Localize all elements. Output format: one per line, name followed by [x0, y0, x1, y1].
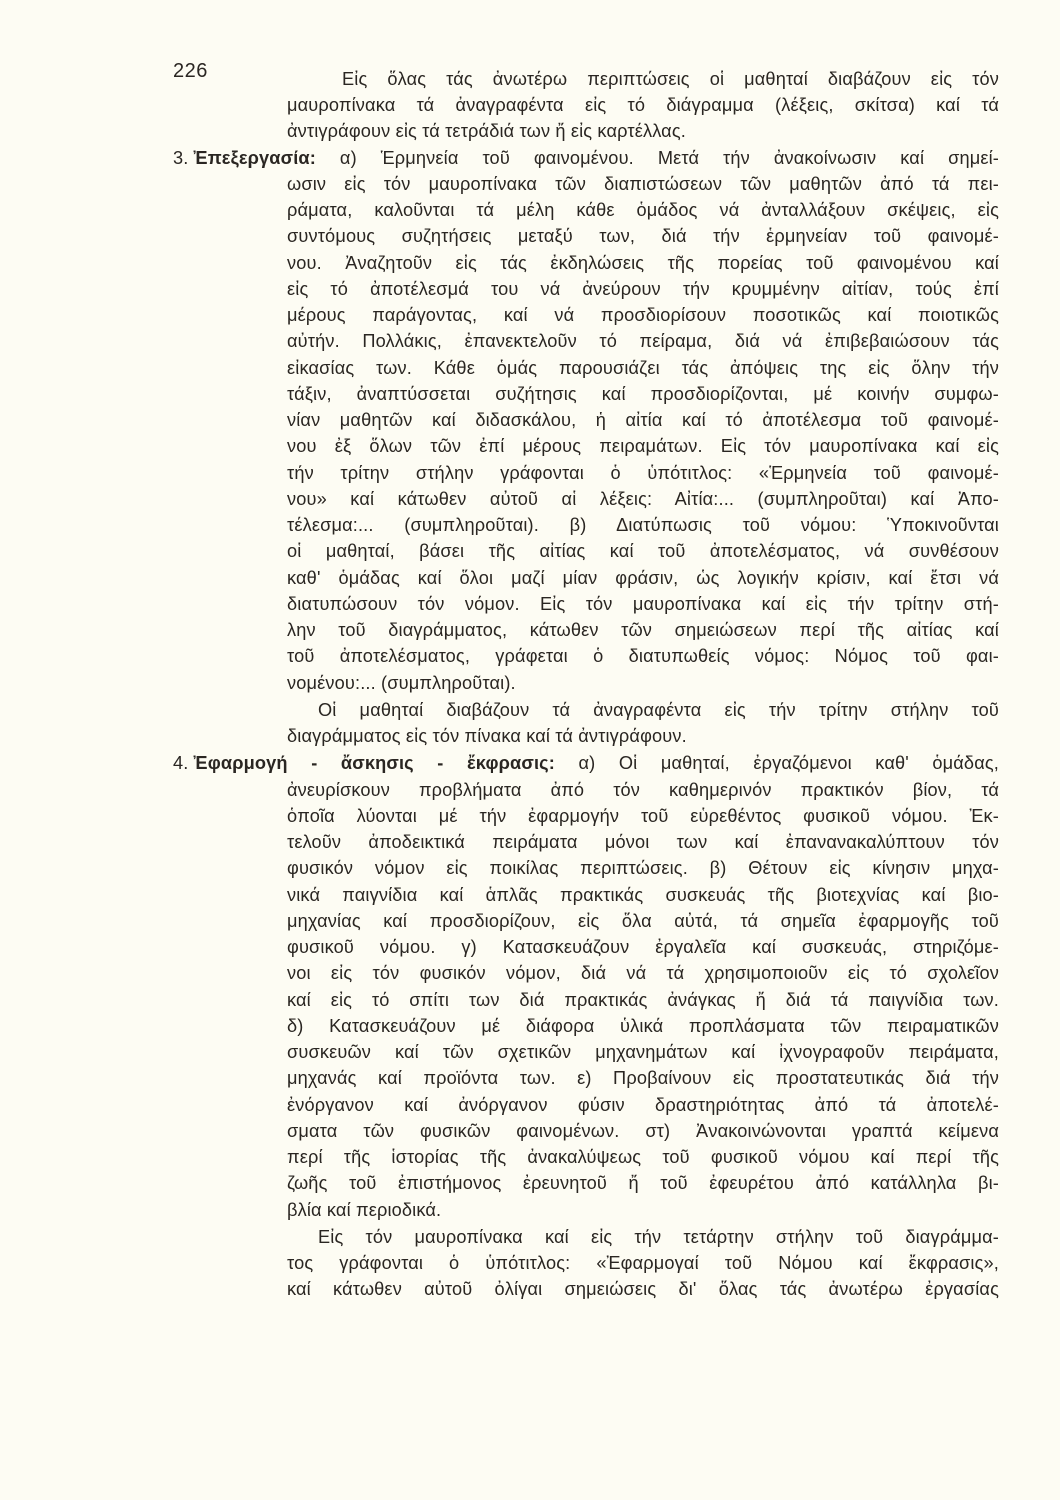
text-line: ζωῆς τοῦ ἐπιστήμονος ἐρευνητοῦ ἤ τοῦ ἐφε…: [287, 1170, 999, 1196]
line-text: σματα τῶν φυσικῶν φαινομένων. στ) Ἀνακοι…: [287, 1121, 999, 1141]
text-line: μηχανίας καί προσδιορίζουν, εἰς ὅλα αὐτά…: [287, 908, 999, 934]
text-line: νου. Ἀναζητοῦν εἰς τάς ἐκδηλώσεις τῆς πο…: [287, 250, 999, 276]
line-text: διατυπώσουν τόν νόμον. Εἰς τόν μαυροπίνα…: [287, 594, 999, 614]
text-line: διαγράμματος εἰς τόν πίνακα καί τά ἀντιγ…: [287, 723, 999, 749]
text-line: ἀντιγράφουν εἰς τά τετράδιά των ἤ εἰς κα…: [287, 118, 999, 144]
line-text: ράματα, καλοῦνται τά μέλη κάθε ὁμάδος νά…: [287, 200, 999, 220]
text-line: νικά παιγνίδια καί ἁπλᾶς πρακτικάς συσκε…: [287, 882, 999, 908]
line-text: α) Ἑρμηνεία τοῦ φαινομένου. Μετά τήν ἀνα…: [340, 148, 999, 168]
text-line: νοι εἰς τόν φυσικόν νόμον, διά νά τά χρη…: [287, 960, 999, 986]
line-text: καθ' ὁμάδας καί ὅλοι μαζί μίαν φράσιν, ὡ…: [287, 568, 999, 588]
text-line: ἐνόργανον καί ἀνόργανον φύσιν δραστηριότ…: [287, 1092, 999, 1118]
line-text: καί κάτωθεν αὐτοῦ ὀλίγαι σημειώσεις δι' …: [287, 1279, 999, 1299]
line-text: συντόμους συζητήσεις μεταξύ των, διά τήν…: [287, 226, 999, 246]
text-line: συσκευῶν καί τῶν σχετικῶν μηχανημάτων κα…: [287, 1039, 999, 1065]
text-line: τάξιν, ἀναπτύσσεται συζήτησις καί προσδι…: [287, 381, 999, 407]
section-title: Ἐπεξεργασία:: [194, 148, 340, 168]
line-text: τάξιν, ἀναπτύσσεται συζήτησις καί προσδι…: [287, 384, 999, 404]
text-line: νομένου:... (συμπληροῦται).: [287, 670, 999, 696]
section-number: 4.: [173, 750, 194, 776]
text-line: μαυροπίνακα τά ἀναγραφέντα εἰς τό διάγρα…: [287, 92, 999, 118]
page-number: 226: [173, 60, 208, 83]
line-text: συσκευῶν καί τῶν σχετικῶν μηχανημάτων κα…: [287, 1042, 999, 1062]
line-text: τήν τρίτην στήλην γράφονται ὁ ὑπότιτλος:…: [287, 463, 999, 483]
line-text: οἱ μαθηταί, βάσει τῆς αἰτίας καί τοῦ ἀπο…: [287, 541, 999, 561]
line-text: εἰς τό ἀποτέλεσμά του νά ἀνεύρουν τήν κρ…: [287, 279, 999, 299]
line-text: ωσιν εἰς τόν μαυροπίνακα τῶν διαπιστώσεω…: [287, 174, 999, 194]
text-line: φυσικοῦ νόμου. γ) Κατασκευάζουν ἐργαλεῖα…: [287, 934, 999, 960]
book-page: 226 Εἰς ὅλας τάς ἀνωτέρω περιπτώσεις οἱ …: [0, 0, 1060, 1500]
line-text: μαυροπίνακα τά ἀναγραφέντα εἰς τό διάγρα…: [287, 95, 999, 115]
line-text: ἀντιγράφουν εἰς τά τετράδιά των ἤ εἰς κα…: [287, 121, 686, 141]
text-line: μηχανάς καί προϊόντα των. ε) Προβαίνουν …: [287, 1065, 999, 1091]
line-text: ἀνευρίσκουν προβλήματα ἀπό τόν καθημεριν…: [287, 780, 999, 800]
text-line: λην τοῦ διαγράμματος, κάτωθεν τῶν σημειώ…: [287, 617, 999, 643]
line-text: τος γράφονται ὁ ὑπότιτλος: «Ἐφαρμογαί το…: [287, 1253, 999, 1273]
text-line: περί τῆς ἱστορίας τῆς ἀνακαλύψεως τοῦ φυ…: [287, 1144, 999, 1170]
line-text: νοι εἰς τόν φυσικόν νόμον, διά νά τά χρη…: [287, 963, 999, 983]
text-line: δ) Κατασκευάζουν μέ διάφορα ὑλικά προπλά…: [287, 1013, 999, 1039]
text-line: καθ' ὁμάδας καί ὅλοι μαζί μίαν φράσιν, ὡ…: [287, 565, 999, 591]
text-line: ὁποῖα λύονται μέ τήν ἐφαρμογήν τοῦ εὑρεθ…: [287, 803, 999, 829]
text-line: τέλεσμα:... (συμπληροῦται). β) Διατύπωσι…: [287, 512, 999, 538]
line-text: α) Οἱ μαθηταί, ἐργαζόμενοι καθ' ὁμάδας,: [578, 753, 999, 773]
line-text: νου ἐξ ὅλων τῶν ἐπί μέρους πειραμάτων. Ε…: [287, 436, 999, 456]
text-line: νου» καί κάτωθεν αὐτοῦ αἱ λέξεις: Αἰτία:…: [287, 486, 999, 512]
text-line: διατυπώσουν τόν νόμον. Εἰς τόν μαυροπίνα…: [287, 591, 999, 617]
text-line: τοῦ ἀποτελέσματος, γράφεται ὁ διατυπωθεί…: [287, 643, 999, 669]
line-text: ὁποῖα λύονται μέ τήν ἐφαρμογήν τοῦ εὑρεθ…: [287, 806, 999, 826]
text-line: εἰκασίας των. Κάθε ὁμάς παρουσιάζει τάς …: [287, 355, 999, 381]
line-text: τέλεσμα:... (συμπληροῦται). β) Διατύπωσι…: [287, 515, 999, 535]
text-line: ἀνευρίσκουν προβλήματα ἀπό τόν καθημεριν…: [287, 777, 999, 803]
text-line: καί κάτωθεν αὐτοῦ ὀλίγαι σημειώσεις δι' …: [287, 1276, 999, 1302]
line-text: τελοῦν ἀποδεικτικά πειράματα μόνοι των κ…: [287, 832, 999, 852]
line-text: φυσικοῦ νόμου. γ) Κατασκευάζουν ἐργαλεῖα…: [287, 937, 999, 957]
line-text: τοῦ ἀποτελέσματος, γράφεται ὁ διατυπωθεί…: [287, 646, 999, 666]
line-text: μηχανίας καί προσδιορίζουν, εἰς ὅλα αὐτά…: [287, 911, 999, 931]
text-line: οἱ μαθηταί, βάσει τῆς αἰτίας καί τοῦ ἀπο…: [287, 538, 999, 564]
text-line: τήν τρίτην στήλην γράφονται ὁ ὑπότιτλος:…: [287, 460, 999, 486]
text-line: νίαν μαθητῶν καί διδασκάλου, ἡ αἰτία καί…: [287, 407, 999, 433]
line-text: περί τῆς ἱστορίας τῆς ἀνακαλύψεως τοῦ φυ…: [287, 1147, 999, 1167]
line-text: ζωῆς τοῦ ἐπιστήμονος ἐρευνητοῦ ἤ τοῦ ἐφε…: [287, 1173, 999, 1193]
text-line: καί εἰς τό σπίτι των διά πρακτικάς ἀνάγκ…: [287, 987, 999, 1013]
text-line: Εἰς τόν μαυροπίνακα καί εἰς τήν τετάρτην…: [318, 1224, 999, 1250]
line-text: ἐνόργανον καί ἀνόργανον φύσιν δραστηριότ…: [287, 1095, 999, 1115]
text-line: ωσιν εἰς τόν μαυροπίνακα τῶν διαπιστώσεω…: [287, 171, 999, 197]
line-text: Εἰς ὅλας τάς ἀνωτέρω περιπτώσεις οἱ μαθη…: [342, 69, 999, 89]
text-line: ράματα, καλοῦνται τά μέλη κάθε ὁμάδος νά…: [287, 197, 999, 223]
line-text: Οἱ μαθηταί διαβάζουν τά ἀναγραφέντα εἰς …: [318, 700, 999, 720]
text-line: συντόμους συζητήσεις μεταξύ των, διά τήν…: [287, 223, 999, 249]
line-text: μηχανάς καί προϊόντα των. ε) Προβαίνουν …: [287, 1068, 999, 1088]
line-text: φυσικόν νόμον εἰς ποικίλας περιπτώσεις. …: [287, 858, 999, 878]
text-line: τος γράφονται ὁ ὑπότιτλος: «Ἐφαρμογαί το…: [287, 1250, 999, 1276]
line-text: νικά παιγνίδια καί ἁπλᾶς πρακτικάς συσκε…: [287, 885, 999, 905]
section-heading-line: 4. Ἐφαρμογή - ἄσκησις - ἔκφρασις: α) Οἱ …: [173, 750, 999, 776]
line-text: εἰκασίας των. Κάθε ὁμάς παρουσιάζει τάς …: [287, 358, 999, 378]
text-line: φυσικόν νόμον εἰς ποικίλας περιπτώσεις. …: [287, 855, 999, 881]
line-text: δ) Κατασκευάζουν μέ διάφορα ὑλικά προπλά…: [287, 1016, 999, 1036]
text-line: νου ἐξ ὅλων τῶν ἐπί μέρους πειραμάτων. Ε…: [287, 433, 999, 459]
text-line: σματα τῶν φυσικῶν φαινομένων. στ) Ἀνακοι…: [287, 1118, 999, 1144]
text-line: εἰς τό ἀποτέλεσμά του νά ἀνεύρουν τήν κρ…: [287, 276, 999, 302]
line-text: νίαν μαθητῶν καί διδασκάλου, ἡ αἰτία καί…: [287, 410, 999, 430]
text-line: βλία καί περιοδικά.: [287, 1197, 999, 1223]
line-text: καί εἰς τό σπίτι των διά πρακτικάς ἀνάγκ…: [287, 990, 999, 1010]
text-line: τελοῦν ἀποδεικτικά πειράματα μόνοι των κ…: [287, 829, 999, 855]
line-text: Εἰς τόν μαυροπίνακα καί εἰς τήν τετάρτην…: [318, 1227, 999, 1247]
section-title: Ἐφαρμογή - ἄσκησις - ἔκφρασις:: [194, 753, 579, 773]
line-text: νου» καί κάτωθεν αὐτοῦ αἱ λέξεις: Αἰτία:…: [287, 489, 999, 509]
text-line: αὐτήν. Πολλάκις, ἐπανεκτελοῦν τό πείραμα…: [287, 328, 999, 354]
line-text: λην τοῦ διαγράμματος, κάτωθεν τῶν σημειώ…: [287, 620, 999, 640]
section-heading-line: 3. Ἐπεξεργασία: α) Ἑρμηνεία τοῦ φαινομέν…: [173, 145, 999, 171]
section-number: 3.: [173, 145, 194, 171]
line-text: βλία καί περιοδικά.: [287, 1200, 441, 1220]
line-text: μέρους παράγοντας, καί νά προσδιορίσουν …: [287, 305, 999, 325]
text-line: Εἰς ὅλας τάς ἀνωτέρω περιπτώσεις οἱ μαθη…: [342, 66, 999, 92]
text-line: Οἱ μαθηταί διαβάζουν τά ἀναγραφέντα εἰς …: [318, 697, 999, 723]
line-text: διαγράμματος εἰς τόν πίνακα καί τά ἀντιγ…: [287, 726, 687, 746]
line-text: νου. Ἀναζητοῦν εἰς τάς ἐκδηλώσεις τῆς πο…: [287, 253, 999, 273]
line-text: νομένου:... (συμπληροῦται).: [287, 673, 516, 693]
text-line: μέρους παράγοντας, καί νά προσδιορίσουν …: [287, 302, 999, 328]
line-text: αὐτήν. Πολλάκις, ἐπανεκτελοῦν τό πείραμα…: [287, 331, 999, 351]
